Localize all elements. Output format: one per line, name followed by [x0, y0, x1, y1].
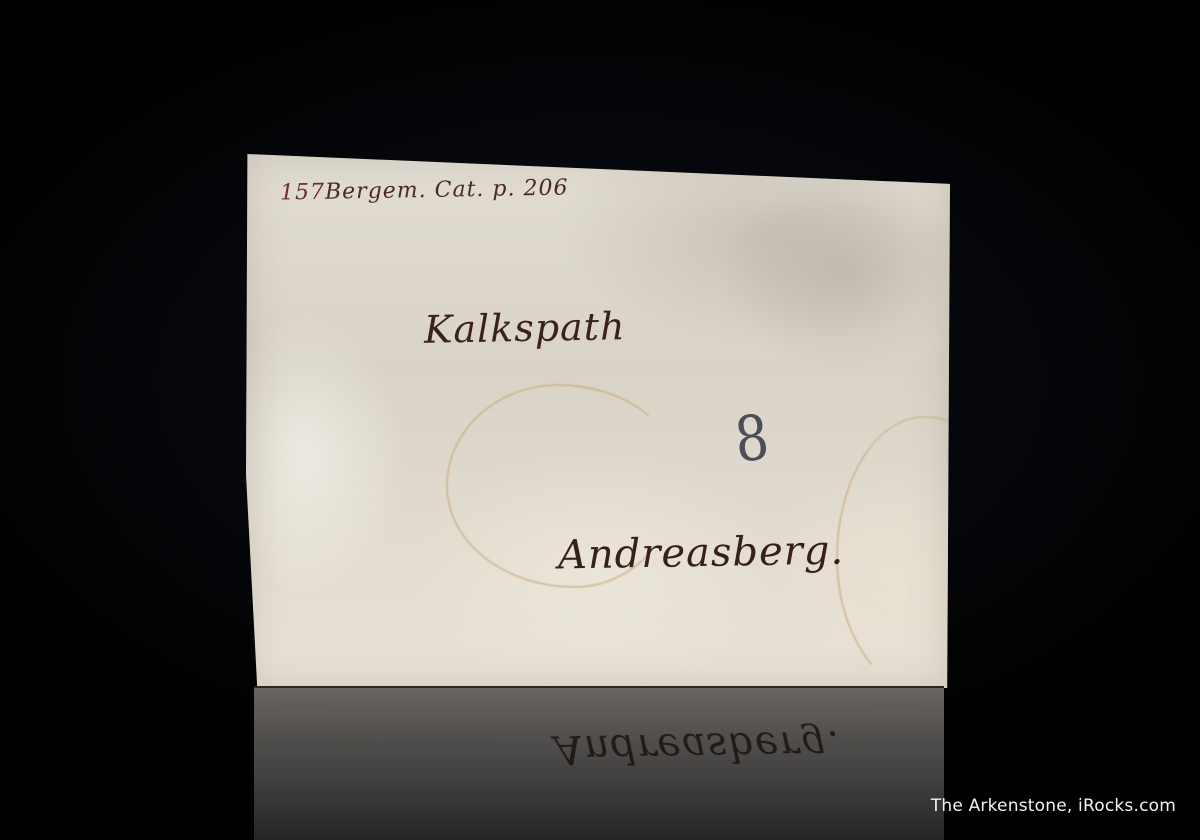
catalog-number: 157: [280, 180, 325, 206]
catalog-reference: 157Bergem. Cat. p. 206: [280, 175, 569, 205]
reflected-locality: Andreasberg.: [554, 722, 841, 773]
water-stain: [836, 416, 1020, 700]
catalog-text: Bergem. Cat. p. 206: [325, 175, 569, 204]
photo-credit-watermark: The Arkenstone, iRocks.com: [931, 796, 1176, 816]
label-reflection: Andreasberg.: [254, 688, 944, 840]
mineral-label-paper: 157Bergem. Cat. p. 206 Kalkspath 8 Andre…: [246, 154, 950, 688]
photo-scene: 157Bergem. Cat. p. 206 Kalkspath 8 Andre…: [0, 0, 1200, 840]
mineral-name: Kalkspath: [424, 304, 626, 352]
specimen-number: 8: [731, 400, 773, 476]
locality: Andreasberg.: [558, 528, 845, 579]
